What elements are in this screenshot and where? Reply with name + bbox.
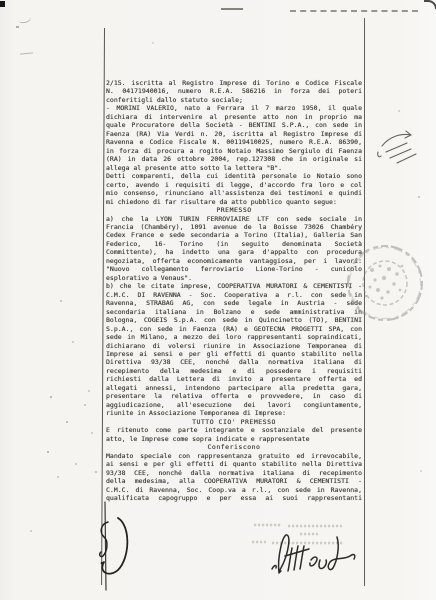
document-line: - MORINI VALERIO, nato a Ferrara il 7 ma…	[106, 104, 362, 112]
document-line: riunite in Associazione Temporanea di Im…	[106, 409, 362, 417]
document-line: Detti comparenti, della cui identità per…	[106, 172, 362, 180]
document-line: S.p.A., con sede in Faenza (RA) e GEOTEC…	[106, 325, 362, 333]
document-line: mio consenso, rinunciano all'assistenza …	[106, 189, 362, 197]
notary-round-stamp	[342, 240, 428, 326]
document-line: N. 04171940016, numero R.E.A. 586216 in …	[106, 87, 362, 95]
document-line: 2/15. iscritta al Registro Imprese di To…	[106, 79, 362, 87]
document-line: recepimento della medesima e di posseder…	[106, 367, 362, 375]
document-line: PREMESSO	[106, 206, 362, 214]
dashed-cut-line	[290, 10, 418, 12]
document-line: aggiudicazione, all'esecuzione dei lavor…	[106, 401, 362, 409]
document-line: Ravenna e Codice Fiscale N. 00119410025,…	[106, 138, 362, 146]
margin-note-scribble	[376, 122, 434, 170]
scanned-notarial-deed-page: { "document": { "kind": "notarial deed p…	[0, 0, 436, 600]
signature-scrawl	[272, 535, 355, 573]
document-line: in forza di procura a rogito Notaio Mass…	[106, 147, 362, 155]
document-line: C.M.C. DI RAVENNA - Soc. Cooperativa a r…	[106, 291, 362, 299]
document-line: Direttiva 93/38 CEE, nonché dalla normat…	[106, 358, 362, 366]
document-line: certo, avendo i requisiti di legge, d'ac…	[106, 181, 362, 189]
document-line: richiesti dalla Lettera di invito a pres…	[106, 375, 362, 383]
document-line: quale Procuratore della Società - BENTIN…	[106, 121, 362, 129]
document-line: b) che le citate imprese, COOPERATIVA MU…	[106, 282, 362, 290]
document-line: Committente), ha indetto una gara d'appa…	[106, 248, 362, 256]
document-line: atto, le Imprese come sopra indicate e r…	[106, 435, 362, 443]
document-line: allegati annessi, intendono partecipare …	[106, 384, 362, 392]
document-line: C.M.C. di Ravenna, Soc. Coop.va a r.l., …	[106, 486, 362, 494]
document-line: a) che la LYON TURIN FERROVIAIRE LTF con…	[106, 215, 362, 223]
document-line: TUTTO CIO' PREMESSO	[106, 418, 362, 426]
document-line: sede in Milano, a mezzo dei loro rappres…	[106, 333, 362, 341]
document-text: 2/15. iscritta al Registro Imprese di To…	[106, 79, 362, 502]
document-line: allega al presente atto sotto la lettera…	[106, 164, 362, 172]
document-line: negoziata, offerta economicamente vantag…	[106, 257, 362, 265]
document-line: "Nuovo collegamento ferroviario Lione-To…	[106, 265, 362, 273]
document-line: presentare la relativa offerta e provved…	[106, 392, 362, 400]
faint-stamp-text	[252, 525, 344, 543]
signature-block	[252, 515, 368, 587]
document-line: Federico, 16- Torino (in seguito denomin…	[106, 240, 362, 248]
document-line: Bologna, COGEIS S.p.A. con sede in Quinc…	[106, 316, 362, 324]
document-line: esplorativo a Venaus".	[106, 274, 362, 282]
document-line: mi chiedono di far risultare da atto pub…	[106, 198, 362, 206]
document-line: dichiarano di volersi riunire in Associa…	[106, 342, 362, 350]
document-line: ai sensi e per gli effetti di quanto sta…	[106, 460, 362, 468]
document-line: (RA) in data 26 ottobre 2004, rep.127308…	[106, 155, 362, 163]
document-line: E ritenuto come parte integrante e sosta…	[106, 426, 362, 434]
document-line: della medesima, alla COOPERATIVA MURATOR…	[106, 477, 362, 485]
document-line: Francia (Chambéry), 1091 avenue de la Bo…	[106, 223, 362, 231]
document-line: Ravenna, STRABAG AG, con sede legale in …	[106, 299, 362, 307]
paraph-initials	[48, 500, 158, 595]
document-line: secondaria italiana in Bolzano e sede am…	[106, 308, 362, 316]
pencil-mark	[16, 26, 19, 28]
document-line: conferitigli dallo statuto sociale;	[106, 96, 362, 104]
scan-noise-speckles	[0, 0, 2, 2]
dash-mark	[221, 8, 243, 10]
document-line: 93/38 CEE, nonché dalla normativa italia…	[106, 469, 362, 477]
document-line: Mandato speciale con rappresentanza grat…	[106, 452, 362, 460]
document-line: Cedex France e sede secondaria a Torino …	[106, 231, 362, 239]
document-line: Conferiscono	[106, 443, 362, 451]
document-line: Faenza (RA) Via Verdi n. 20, iscritta al…	[106, 130, 362, 138]
